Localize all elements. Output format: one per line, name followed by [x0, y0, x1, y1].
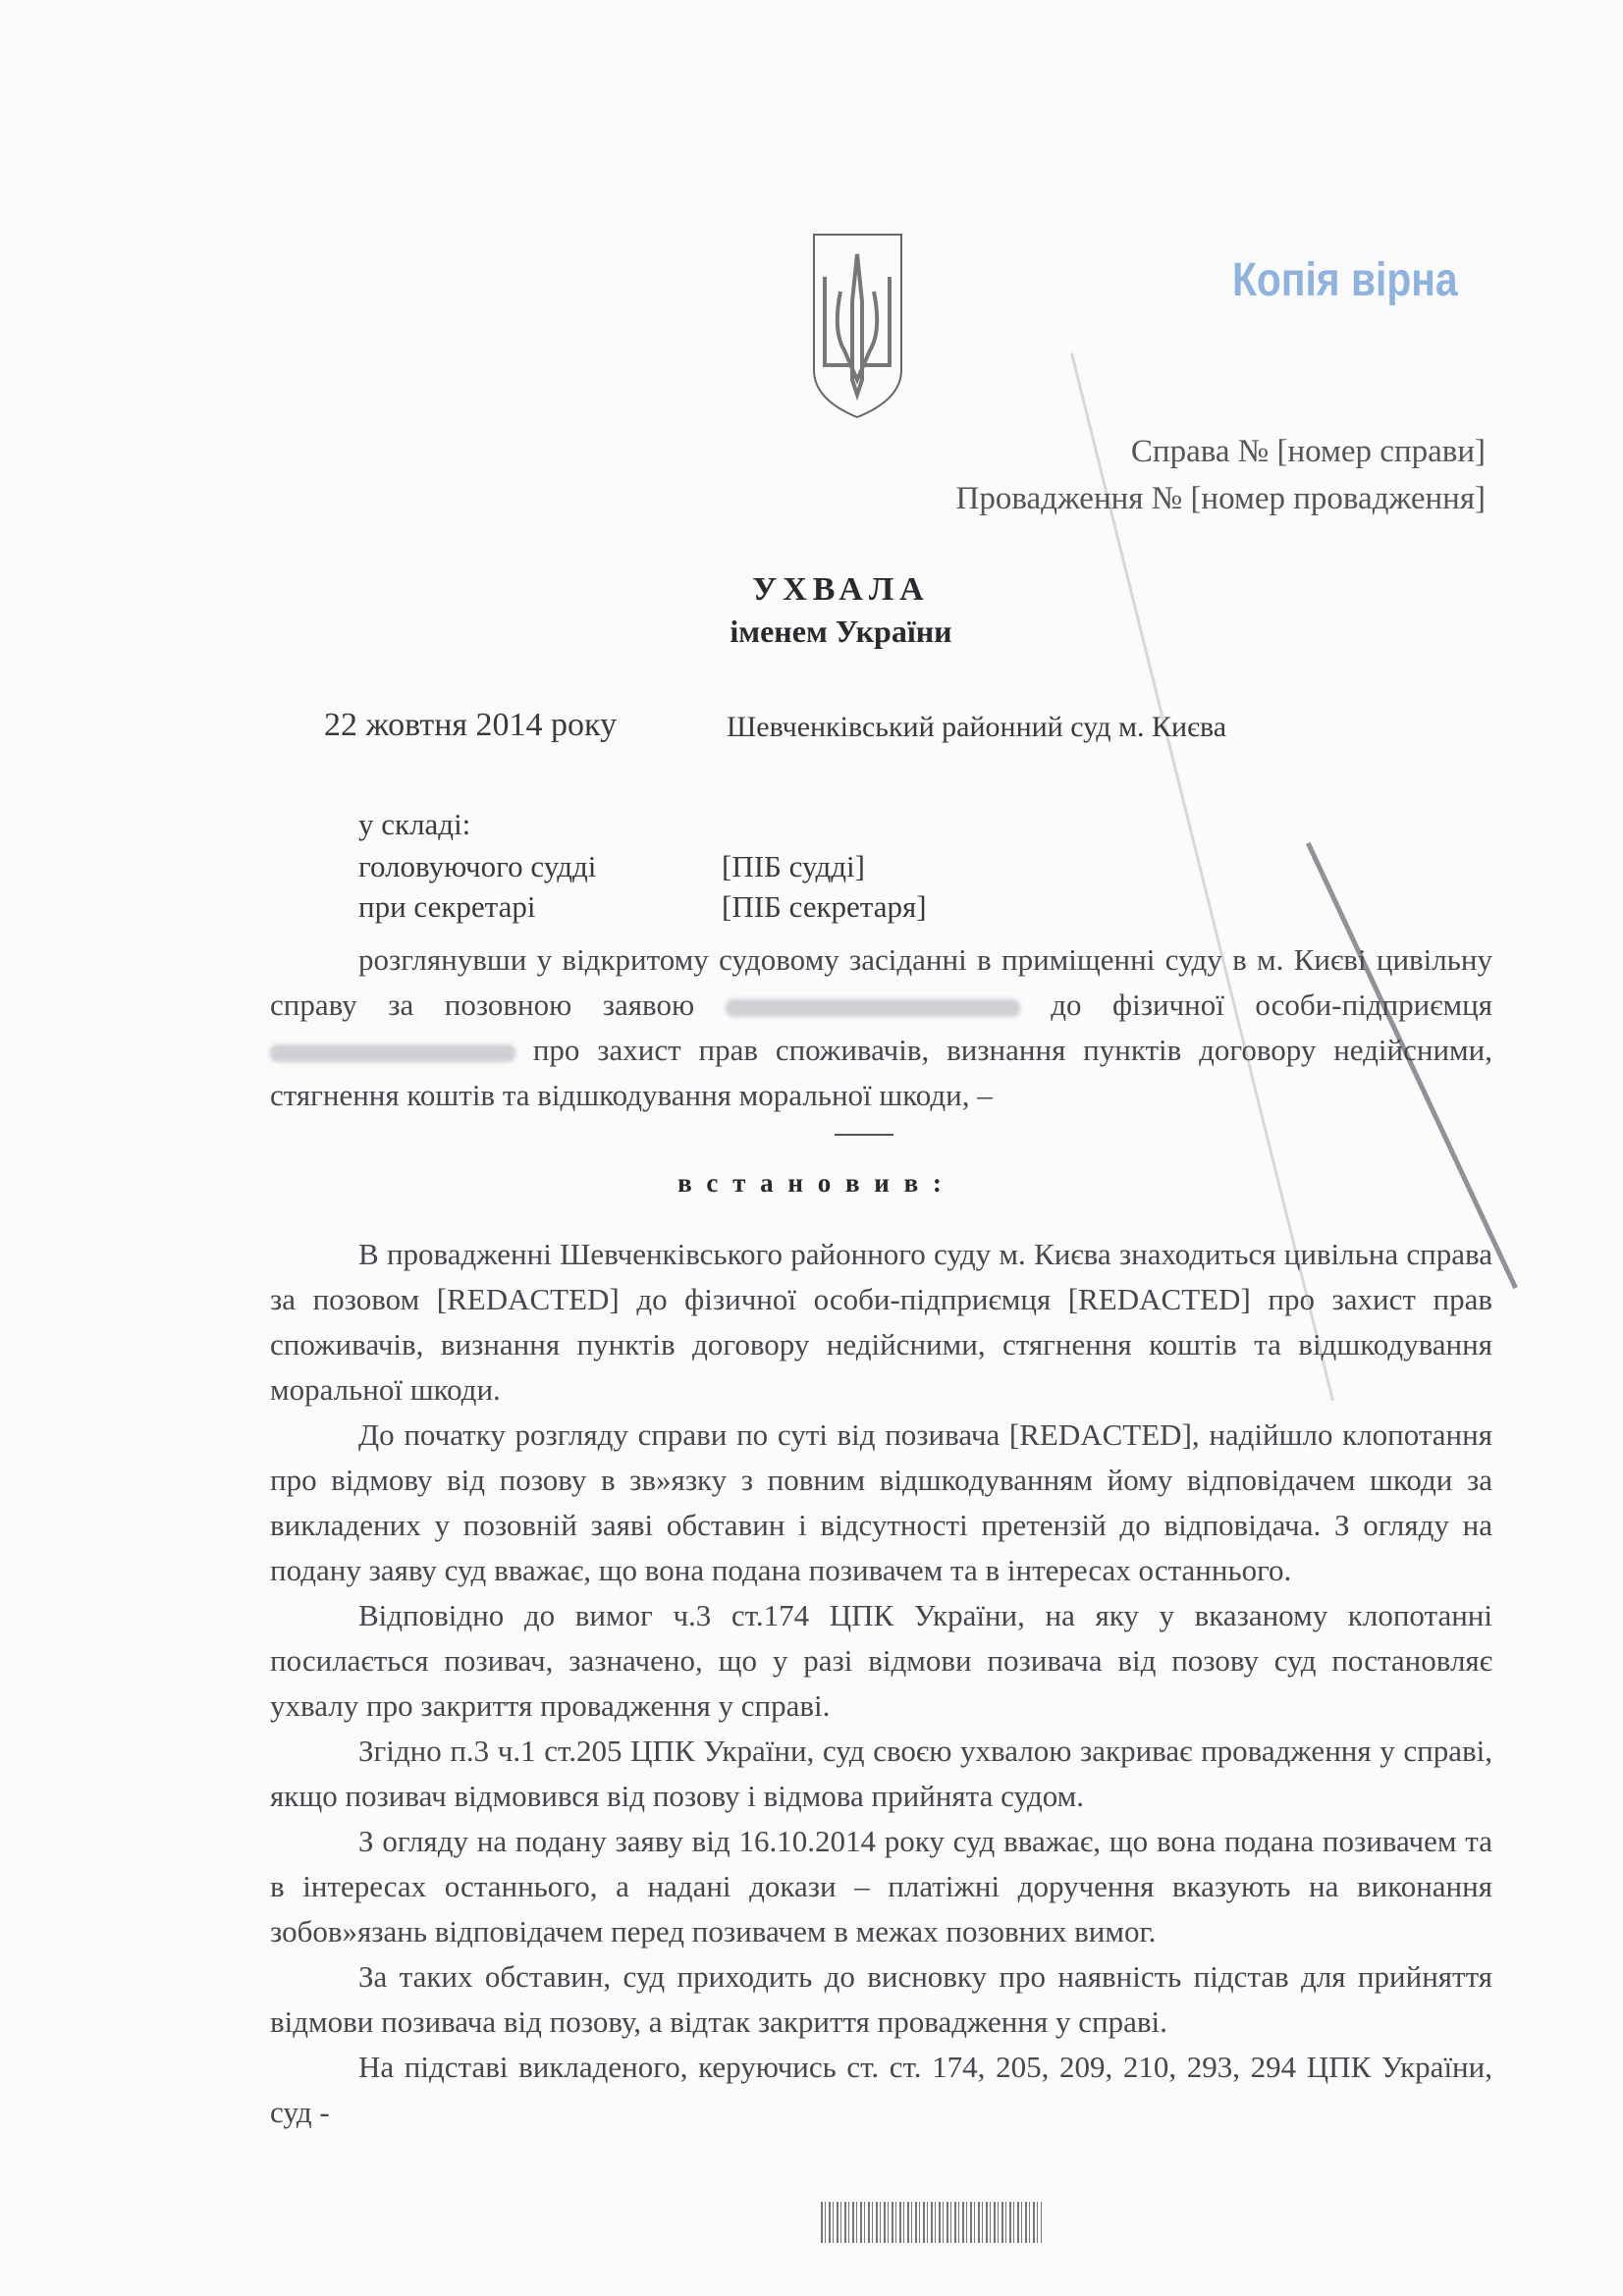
secretary-name: [ПІБ секретаря] — [722, 889, 927, 925]
ruling-date: 22 жовтня 2014 року — [324, 707, 617, 744]
document-type: УХВАЛА — [59, 571, 1623, 609]
case-number: Справа № [номер справи] — [1131, 434, 1486, 470]
composition-label: у складі: — [358, 807, 470, 842]
section-heading: в с т а н о в и в : — [0, 1168, 1623, 1199]
redacted-defendant — [270, 1044, 515, 1062]
body-paragraph: З огляду на подану заяву від 16.10.2014 … — [270, 1819, 1492, 1954]
intro-paragraph: розглянувши у відкритому судовому засіда… — [270, 937, 1492, 1118]
document-page: Копія вірна Справа № [номер справи] Пров… — [0, 0, 1623, 2296]
body-paragraph: До початку розгляду справи по суті від п… — [270, 1413, 1492, 1593]
court-name: Шевченківський районний суд м. Києва — [727, 711, 1226, 744]
proceeding-number: Провадження № [номер провадження] — [956, 481, 1486, 517]
divider — [835, 1134, 893, 1136]
intro-text-2: до фізичної особи-підприємця — [1051, 988, 1492, 1022]
body-paragraph: На підставі викладеного, керуючись ст. с… — [270, 2045, 1492, 2135]
body-paragraph: Відповідно до вимог ч.3 ст.174 ЦПК Украї… — [270, 1593, 1492, 1729]
judge-label: головуючого судді — [358, 849, 596, 884]
ruling-body: В провадженні Шевченківського районного … — [270, 1232, 1492, 2135]
secretary-label: при секретарі — [358, 889, 535, 925]
certified-copy-stamp: Копія вірна — [1232, 253, 1458, 307]
body-paragraph: Згідно п.3 ч.1 ст.205 ЦПК України, суд с… — [270, 1729, 1492, 1819]
body-paragraph: За таких обставин, суд приходить до висн… — [270, 1954, 1492, 2045]
redacted-plaintiff — [726, 999, 1020, 1017]
body-paragraph: В провадженні Шевченківського районного … — [270, 1232, 1492, 1413]
document-subtitle: іменем України — [59, 614, 1623, 650]
judge-name: [ПІБ судді] — [722, 849, 865, 884]
barcode — [821, 2202, 1042, 2243]
coat-of-arms-icon — [811, 233, 904, 419]
